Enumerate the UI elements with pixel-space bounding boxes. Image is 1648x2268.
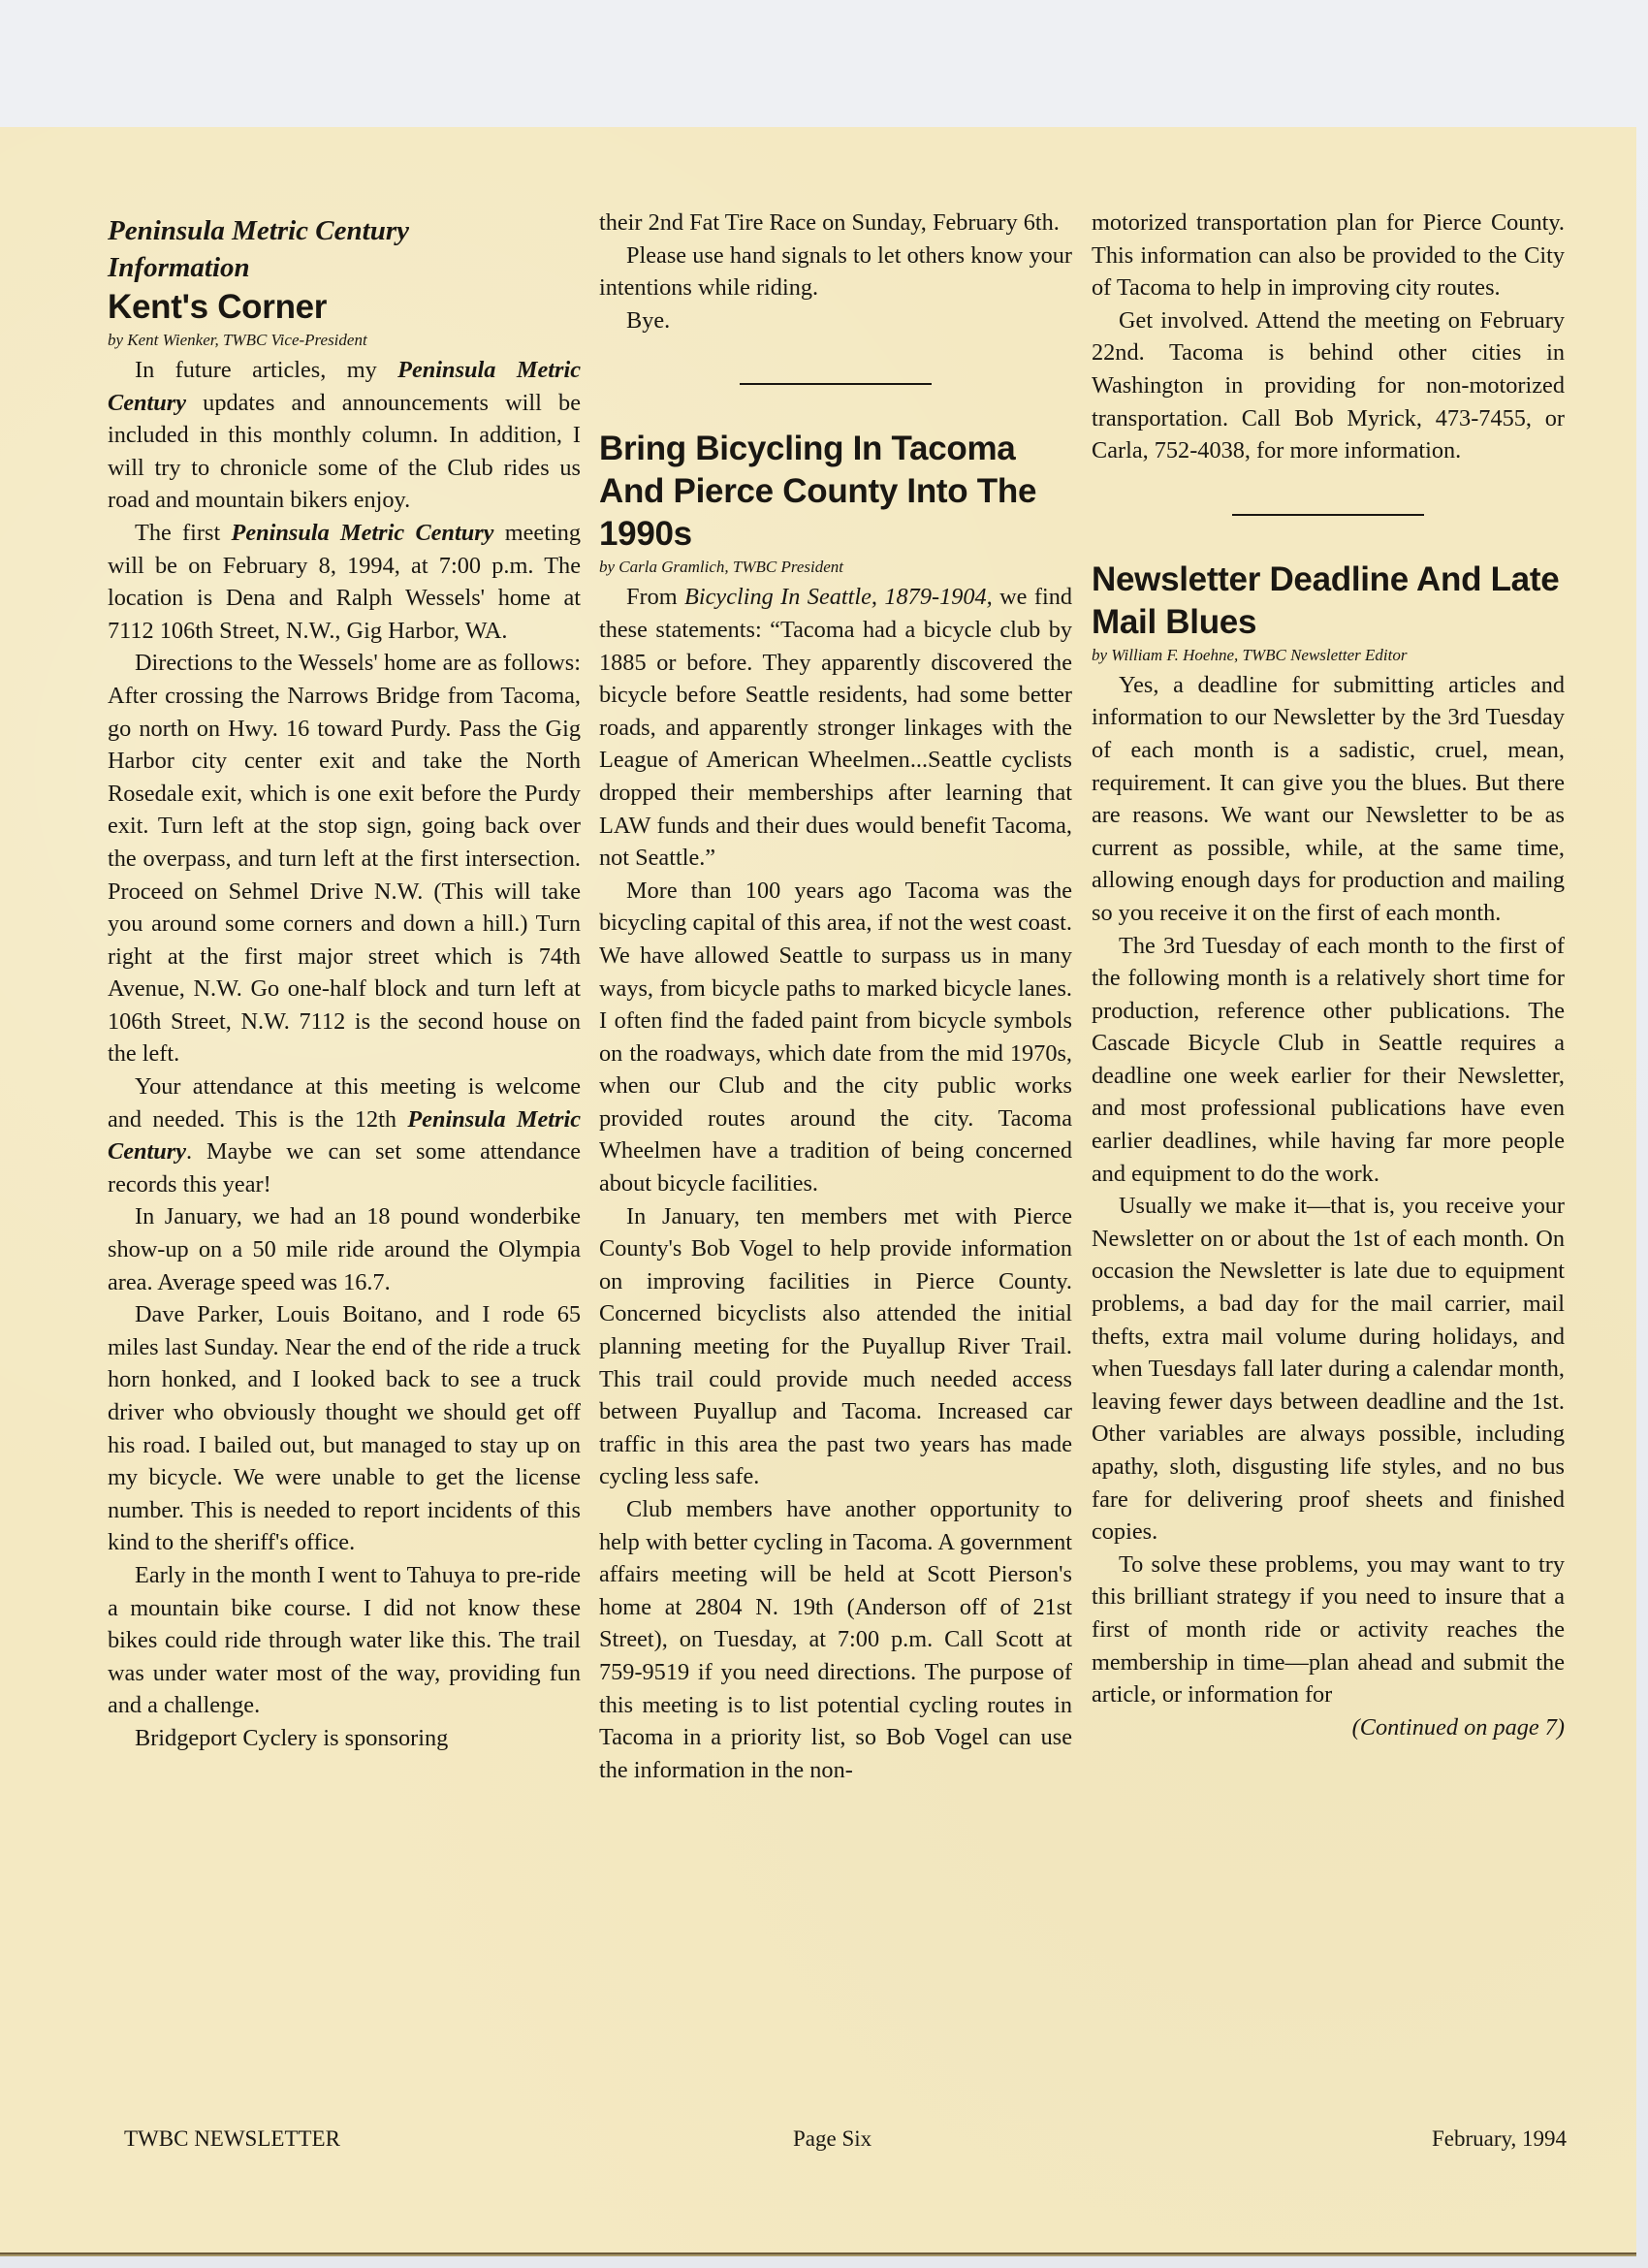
- section-kicker: Peninsula Metric Century Information: [108, 212, 581, 286]
- paragraph: In January, ten members met with Pierce …: [599, 1200, 1072, 1493]
- kicker-line-2: Information: [108, 252, 250, 283]
- paragraph: Early in the month I went to Tahuya to p…: [108, 1559, 581, 1722]
- paragraph-continued: their 2nd Fat Tire Race on Sunday, Febru…: [599, 207, 1072, 240]
- article-kents-corner: Peninsula Metric Century Information Ken…: [108, 212, 581, 1755]
- article-headline: Newsletter Deadline And Late Mail Blues: [1092, 559, 1565, 644]
- text-run: In future articles, my: [135, 357, 397, 383]
- section-divider: [1232, 514, 1424, 516]
- paragraph-directions: Directions to the Wessels' home are as f…: [108, 647, 581, 1070]
- article-byline: by William F. Hoehne, TWBC Newsletter Ed…: [1092, 644, 1565, 667]
- article-byline: by Carla Gramlich, TWBC President: [599, 556, 1072, 579]
- footer-publication-name: TWBC NEWSLETTER: [124, 2125, 340, 2153]
- article-bring-bicycling: Bring Bicycling In Tacoma And Pierce Cou…: [599, 428, 1072, 1786]
- article-byline: by Kent Wienker, TWBC Vice-President: [108, 329, 581, 352]
- paragraph: Yes, a deadline for submitting articles …: [1092, 669, 1565, 930]
- continued-notice: (Continued on page 7): [1092, 1711, 1565, 1744]
- paragraph: In January, we had an 18 pound wonderbik…: [108, 1200, 581, 1298]
- article-newsletter-deadline: Newsletter Deadline And Late Mail Blues …: [1092, 559, 1565, 1744]
- text-run: From: [626, 584, 684, 610]
- paragraph-continued: motorized transportation plan for Pierce…: [1092, 207, 1565, 304]
- book-title: Bicycling In Seattle, 1879-1904,: [684, 584, 993, 610]
- paragraph: Dave Parker, Louis Boitano, and I rode 6…: [108, 1298, 581, 1559]
- paragraph: More than 100 years ago Tacoma was the b…: [599, 875, 1072, 1200]
- text-run: The first: [135, 520, 231, 546]
- article-headline: Bring Bicycling In Tacoma And Pierce Cou…: [599, 428, 1072, 556]
- section-divider: [740, 383, 932, 385]
- paragraph: To solve these problems, you may want to…: [1092, 1549, 1565, 1711]
- emphasis-title: Peninsula Metric Century: [231, 520, 493, 546]
- paragraph: Usually we make it—that is, you receive …: [1092, 1190, 1565, 1549]
- paragraph: In future articles, my Peninsula Metric …: [108, 354, 581, 517]
- column-middle: their 2nd Fat Tire Race on Sunday, Febru…: [599, 207, 1072, 1786]
- paragraph: The first Peninsula Metric Century meeti…: [108, 517, 581, 647]
- footer-page-number: Page Six: [793, 2125, 872, 2153]
- kicker-line-1: Peninsula Metric Century: [108, 215, 409, 246]
- paragraph: Club members have another oppor­tunity t…: [599, 1493, 1072, 1786]
- paragraph: From Bicycling In Seattle, 1879-1904, we…: [599, 581, 1072, 874]
- paragraph: Your attendance at this meeting is welco…: [108, 1070, 581, 1200]
- column-right: motorized transportation plan for Pierce…: [1092, 207, 1565, 1743]
- article-headline: Kent's Corner: [108, 286, 581, 329]
- paragraph: Please use hand signals to let others kn…: [599, 240, 1072, 304]
- footer-issue-date: February, 1994: [1432, 2125, 1567, 2153]
- text-run: we find these statements: “Tacoma had a …: [599, 584, 1072, 871]
- paragraph: Get involved. Attend the meeting on Febr…: [1092, 304, 1565, 467]
- paragraph-signoff: Bye.: [599, 304, 1072, 337]
- column-left: Peninsula Metric Century Information Ken…: [108, 207, 581, 1755]
- paragraph: Bridgeport Cyclery is sponsoring: [108, 1722, 581, 1755]
- paragraph: The 3rd Tuesday of each month to the fir…: [1092, 930, 1565, 1191]
